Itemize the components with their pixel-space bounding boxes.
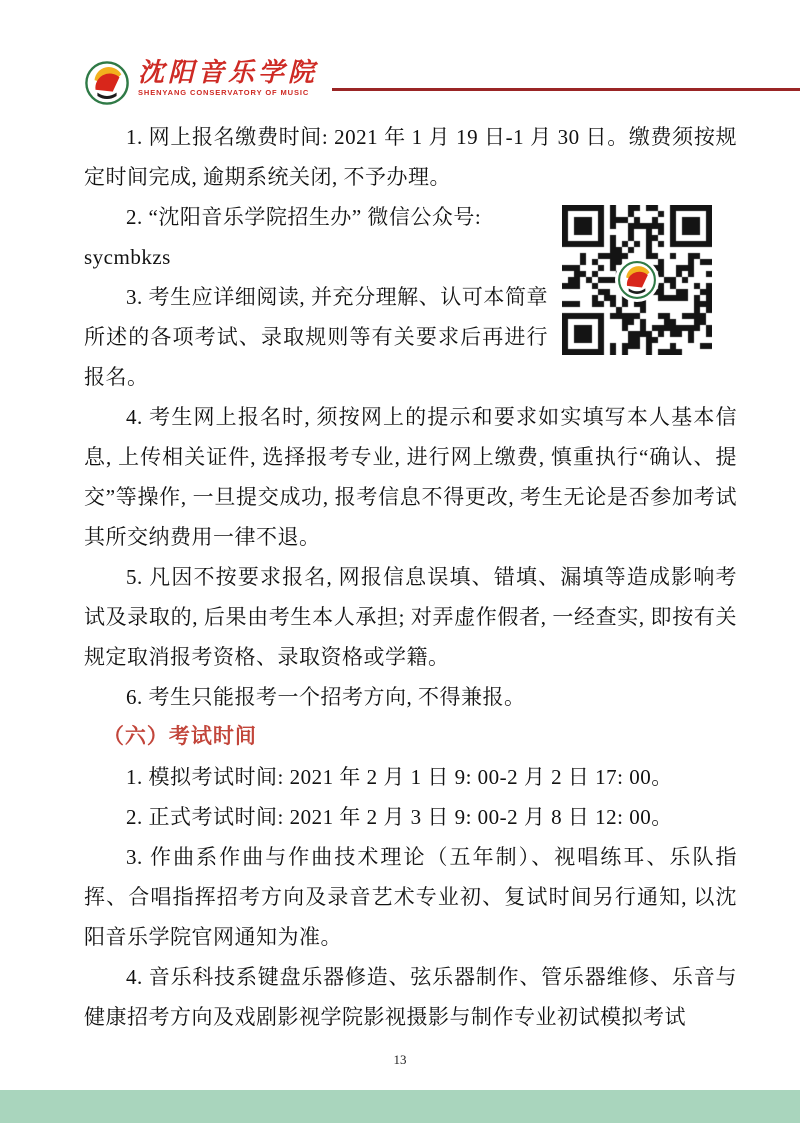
body-paragraph-2-line-1: 2. “沈阳音乐学院招生办” 微信公众号: [126, 205, 481, 229]
page-number: 13 [0, 1052, 800, 1068]
school-emblem-icon [617, 260, 657, 300]
wechat-qr-code [562, 205, 712, 355]
school-name-en: SHENYANG CONSERVATORY OF MUSIC [138, 88, 318, 97]
document-body: 1. 网上报名缴费时间: 2021 年 1 月 19 日-1 月 30 日。缴费… [84, 117, 737, 1037]
exam-time-paragraph-3: 3. 作曲系作曲与作曲技术理论（五年制）、视唱练耳、乐队指挥、合唱指挥招考方向及… [84, 837, 737, 957]
document-page: 沈阳音乐学院 SHENYANG CONSERVATORY OF MUSIC 1.… [0, 0, 800, 1123]
page-header: 沈阳音乐学院 SHENYANG CONSERVATORY OF MUSIC [84, 58, 800, 116]
school-emblem-icon [84, 60, 130, 106]
body-paragraph-4: 4. 考生网上报名时, 须按网上的提示和要求如实填写本人基本信息, 上传相关证件… [84, 397, 737, 557]
qr-center-logo [615, 258, 659, 302]
body-paragraph-1: 1. 网上报名缴费时间: 2021 年 1 月 19 日-1 月 30 日。缴费… [84, 117, 737, 197]
section-heading: （六）考试时间 [84, 717, 737, 757]
body-paragraph-6: 6. 考生只能报考一个招考方向, 不得兼报。 [84, 677, 737, 717]
body-paragraph-2: 2. “沈阳音乐学院招生办” 微信公众号: sycmbkzs [84, 197, 737, 277]
header-rule [332, 88, 800, 91]
footer-green-bar [0, 1090, 800, 1123]
body-paragraph-5: 5. 凡因不按要求报名, 网报信息误填、错填、漏填等造成影响考试及录取的, 后果… [84, 557, 737, 677]
exam-time-paragraph-4: 4. 音乐科技系键盘乐器修造、弦乐器制作、管乐器维修、乐音与健康招考方向及戏剧影… [84, 957, 737, 1037]
exam-time-paragraph-2: 2. 正式考试时间: 2021 年 2 月 3 日 9: 00-2 月 8 日 … [84, 797, 737, 837]
wechat-account-id: sycmbkzs [84, 245, 171, 269]
school-logotype: 沈阳音乐学院 SHENYANG CONSERVATORY OF MUSIC [138, 58, 318, 97]
school-name-cn: 沈阳音乐学院 [138, 60, 318, 86]
exam-time-paragraph-1: 1. 模拟考试时间: 2021 年 2 月 1 日 9: 00-2 月 2 日 … [84, 757, 737, 797]
